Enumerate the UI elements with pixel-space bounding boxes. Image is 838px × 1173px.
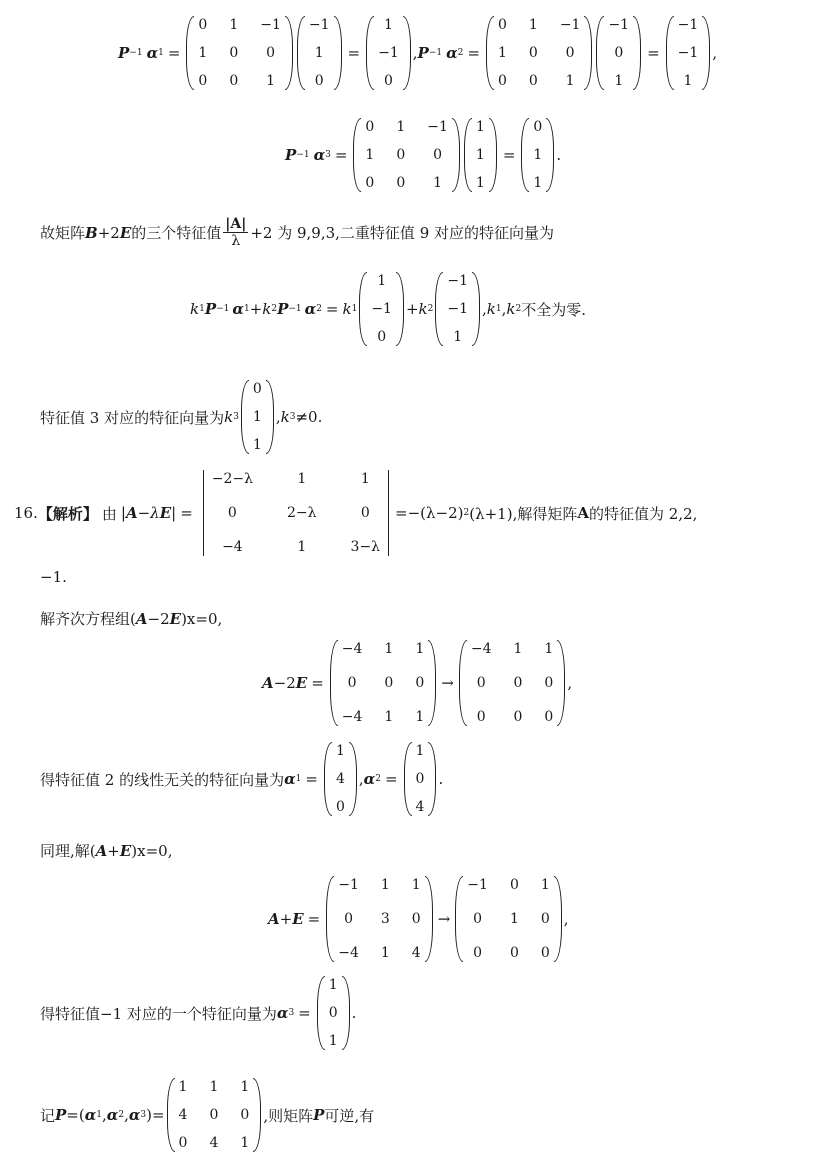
equation-p-inv-alpha1-alpha2: P−1 α1 = 01−1 100 001 −110 = 1−10 , P−1 … — [118, 16, 717, 90]
fraction-detA-over-lambda: |A|λ — [223, 216, 248, 249]
result-vector-2: −1−11 — [666, 16, 711, 90]
matrix-P-symbol: P — [118, 44, 129, 62]
eigenvector-combination: k1P−1α1 +k2P−1α2 =k1 1−10 +k2 −1−11 ,k1,… — [190, 272, 586, 346]
vector-alpha1: −110 — [297, 16, 342, 90]
result-vector-3: 011 — [521, 118, 554, 192]
matrix-A-minus-2E-reduction: A−2E= −411 000 −411 → −411 000 000 , — [262, 640, 572, 726]
vector-k1: 1−10 — [359, 272, 404, 346]
vector-k2: −1−11 — [435, 272, 480, 346]
equation-p-inv-alpha3: P−1 α3 = 01−1 100 001 111 = 011 . — [285, 118, 561, 192]
equals: = — [168, 44, 181, 62]
matrix-p-inverse-3: 01−1 100 001 — [353, 118, 459, 192]
eigenvectors-for-2: 得特征值 2 的线性无关的特征向量为α1= 140 ,α2= 104. — [40, 742, 443, 816]
analysis-label: 【解析】 — [38, 503, 98, 524]
matrix-P-definition: 记 P=(α1,α2,α3)= 111 400 041 ,则矩阵 P 可逆,有 — [40, 1078, 374, 1152]
subscript: 1 — [158, 48, 164, 58]
eigenvalue-statement: 故矩阵 B+2E 的三个特征值 |A|λ +2 为 9,9,3,二重特征值 9 … — [40, 216, 554, 249]
eigenvector-for-minus1: 得特征值−1 对应的一个特征向量为α3= 101. — [40, 976, 356, 1050]
arrow-icon: → — [441, 674, 454, 692]
eigenvalue-3-vector: 特征值 3 对应的特征向量为 k3 011 ,k3≠0. — [40, 380, 322, 454]
vector-k3: 011 — [241, 380, 274, 454]
matrix-A-plus-E-reduction: A+E= −111 030 −414 → −101 010 000 , — [268, 876, 569, 962]
result-vector-1: 1−10 — [366, 16, 411, 90]
determinant-A-minus-lambdaE: −2−λ11 02−λ0 −413−λ — [199, 470, 393, 556]
vector-alpha2: −101 — [596, 16, 641, 90]
matrix-p-inverse: 01−1 100 001 — [186, 16, 292, 90]
alpha-symbol: α — [147, 44, 159, 62]
question-number: 16. — [14, 504, 38, 522]
superscript: −1 — [129, 48, 142, 58]
question-16-determinant: 16. 【解析】 由 |A−λE|= −2−λ11 02−λ0 −413−λ =… — [14, 470, 697, 556]
vector-alpha3: 111 — [464, 118, 497, 192]
q16-continuation: −1. — [40, 568, 67, 586]
arrow-icon: → — [438, 910, 451, 928]
solve-A-minus-2E: 解齐次方程组(A−2E)x=0, — [40, 608, 222, 629]
solve-A-plus-E: 同理,解(A+E)x=0, — [40, 840, 172, 861]
matrix-p-inverse-2: 01−1 100 001 — [486, 16, 592, 90]
